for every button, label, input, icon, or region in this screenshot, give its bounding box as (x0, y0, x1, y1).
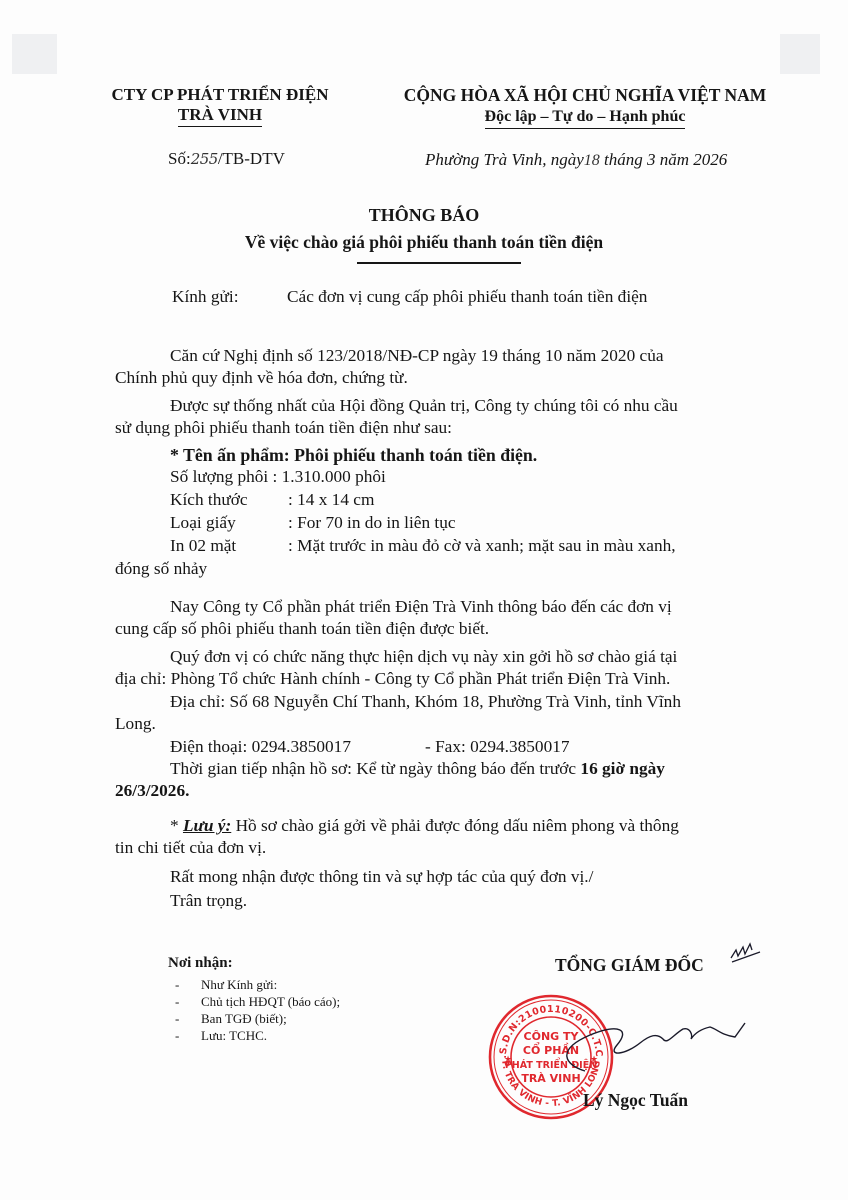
signer-name: Lý Ngọc Tuấn (583, 1090, 688, 1111)
recipient-item: Ban TGĐ (biết); (173, 1010, 340, 1027)
recipients-title: Nơi nhận: (168, 955, 233, 972)
fax: - Fax: 0294.3850017 (425, 736, 570, 758)
subject-underline (357, 262, 521, 264)
spec-label: Số lượng phôi (170, 467, 268, 486)
note-line-1: * Lưu ý: Hồ sơ chào giá gởi về phải được… (170, 815, 679, 837)
organization-header: CTY CP PHÁT TRIỂN ĐIỆN TRÀ VINH (110, 85, 330, 127)
submit-line-1: Quý đơn vị có chức năng thực hiện dịch v… (170, 646, 677, 668)
need-line-2: sử dụng phôi phiếu thanh toán tiền điện … (115, 417, 452, 439)
recipient-item: Như Kính gửi: (173, 976, 340, 993)
deadline-date: 26/3/2026. (115, 780, 189, 802)
note-text: Hồ sơ chào giá gởi về phải được đóng dấu… (231, 816, 679, 835)
doc-number-handwritten: 255 (191, 150, 218, 168)
spec-quantity: Số lượng phôi : 1.310.000 phôi (170, 466, 386, 488)
regards-line: Trân trọng. (170, 890, 247, 912)
product-heading: * Tên ấn phẩm: Phôi phiếu thanh toán tiề… (170, 444, 537, 466)
document-number: Số:255/TB-DTV (168, 149, 285, 169)
doc-number-prefix: Số: (168, 149, 191, 168)
document-page: CTY CP PHÁT TRIỂN ĐIỆN TRÀ VINH CỘNG HÒA… (0, 0, 848, 1200)
spec-label: In 02 mặt (170, 536, 236, 555)
note-line-2: tin chi tiết của đơn vị. (115, 837, 266, 859)
spec-paper: Loại giấy: For 70 in do in liên tục (170, 512, 770, 534)
scan-artifact (12, 34, 57, 74)
note-star: * (170, 816, 183, 835)
basis-line-2: Chính phủ quy định về hóa đơn, chứng từ. (115, 367, 408, 389)
address-line-2: Long. (115, 713, 156, 735)
scan-artifact (780, 34, 820, 74)
place-date-suffix: tháng 3 năm 2026 (600, 150, 728, 169)
spec-print: In 02 mặt: Mặt trước in màu đỏ cờ và xan… (170, 535, 770, 557)
spec-value: : For 70 in do in liên tục (288, 512, 456, 534)
phone: Điện thoại: 0294.3850017 (170, 736, 351, 758)
deadline-prefix: Thời gian tiếp nhận hồ sơ: Kể từ ngày th… (170, 759, 580, 778)
doc-number-suffix: /TB-DTV (218, 149, 285, 168)
deadline-time: 16 giờ ngày (580, 759, 664, 778)
spec-value: : 14 x 14 cm (288, 489, 374, 511)
spec-label: Kích thước (170, 490, 248, 509)
closing-line: Rất mong nhận được thông tin và sự hợp t… (170, 866, 593, 888)
recipient-item: Chủ tịch HĐQT (báo cáo); (173, 993, 340, 1010)
submit-line-2: địa chỉ: Phòng Tổ chức Hành chính - Công… (115, 668, 670, 690)
deadline-line-1: Thời gian tiếp nhận hồ sơ: Kể từ ngày th… (170, 758, 665, 780)
organization-name-line2: TRÀ VINH (178, 105, 262, 127)
recipient-value: Các đơn vị cung cấp phôi phiếu thanh toá… (287, 286, 647, 308)
address-line-1: Địa chỉ: Số 68 Nguyễn Chí Thanh, Khóm 18… (170, 691, 681, 713)
place-date-prefix: Phường Trà Vinh, ngày (425, 150, 584, 169)
spec-label: Loại giấy (170, 513, 236, 532)
note-label: Lưu ý: (183, 816, 231, 835)
basis-line-1: Căn cứ Nghị định số 123/2018/NĐ-CP ngày … (170, 345, 664, 367)
announce-line-2: cung cấp số phôi phiếu thanh toán tiền đ… (115, 618, 489, 640)
nation-title: CỘNG HÒA XÃ HỘI CHỦ NGHĨA VIỆT NAM (400, 85, 770, 105)
spec-value: : 1.310.000 phôi (273, 467, 386, 486)
recipients-list: Như Kính gửi: Chủ tịch HĐQT (báo cáo); B… (173, 976, 340, 1044)
signature-title: TỔNG GIÁM ĐỐC (555, 955, 704, 976)
document-subject: Về việc chào giá phôi phiếu thanh toán t… (0, 232, 848, 253)
place-date: Phường Trà Vinh, ngày18 tháng 3 năm 2026 (425, 150, 727, 170)
spec-continuation: đóng số nhảy (115, 558, 207, 580)
organization-name-line1: CTY CP PHÁT TRIỂN ĐIỆN (110, 85, 330, 105)
spec-size: Kích thước: 14 x 14 cm (170, 489, 770, 511)
nation-motto: Độc lập – Tự do – Hạnh phúc (485, 107, 686, 129)
document-title: THÔNG BÁO (0, 205, 848, 226)
place-date-day-handwritten: 18 (584, 152, 600, 169)
initial-mark-icon (728, 938, 764, 964)
announce-line-1: Nay Công ty Cổ phần phát triển Điện Trà … (170, 596, 672, 618)
need-line-1: Được sự thống nhất của Hội đồng Quản trị… (170, 395, 678, 417)
recipient-item: Lưu: TCHC. (173, 1027, 340, 1044)
signature-scrawl-icon (545, 1005, 755, 1085)
national-header: CỘNG HÒA XÃ HỘI CHỦ NGHĨA VIỆT NAM Độc l… (400, 85, 770, 129)
recipient-label: Kính gửi: (172, 286, 239, 308)
spec-value: : Mặt trước in màu đỏ cờ và xanh; mặt sa… (288, 535, 676, 557)
